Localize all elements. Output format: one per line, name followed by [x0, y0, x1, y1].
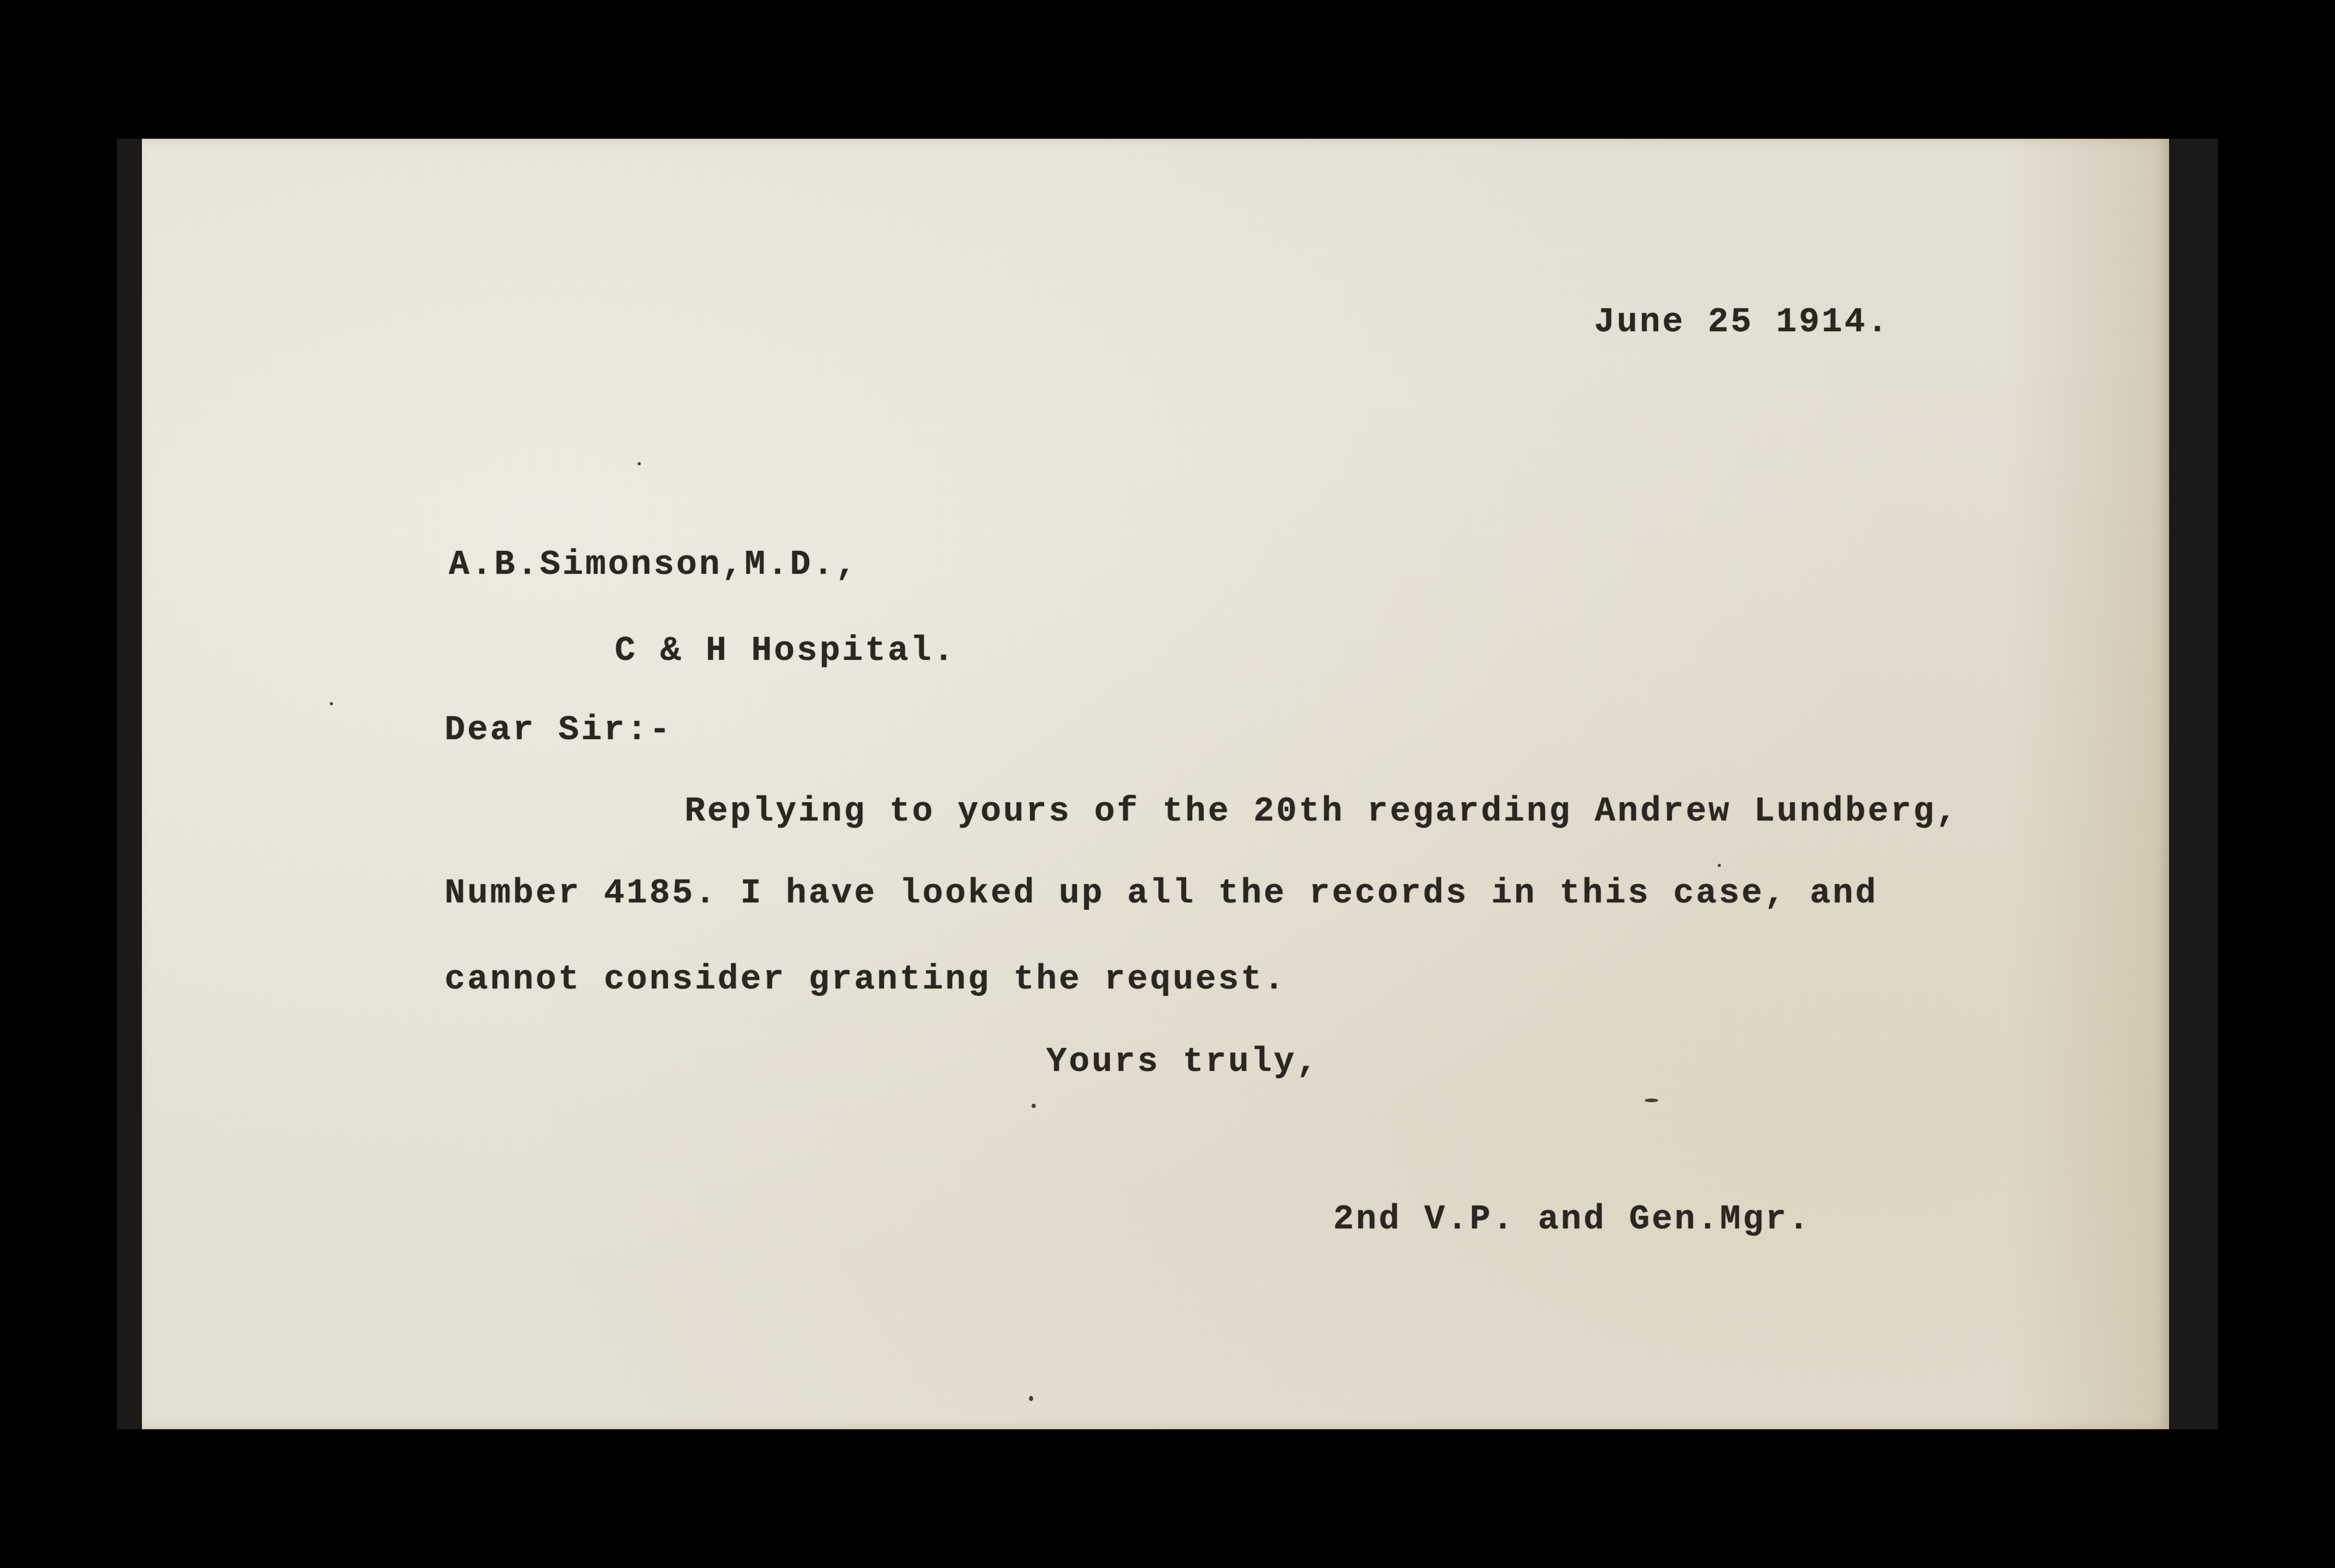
signature-title: 2nd V.P. and Gen.Mgr.: [1333, 1200, 1811, 1239]
paper-speck: [1029, 1396, 1033, 1401]
addressee-name: A.B.Simonson,M.D.,: [449, 545, 858, 584]
body-line-3: cannot consider granting the request.: [445, 960, 1286, 999]
body-line-1: Replying to yours of the 20th regarding …: [685, 792, 1959, 831]
salutation: Dear Sir:-: [445, 710, 672, 750]
letter-date: June 25 1914.: [1594, 303, 1890, 342]
body-line-2: Number 4185. I have looked up all the re…: [445, 874, 1878, 913]
closing: Yours truly,: [1046, 1042, 1319, 1081]
paper-speck: [330, 702, 333, 705]
addressee-address: C & H Hospital.: [615, 631, 956, 670]
paper-speck: [1645, 1099, 1658, 1102]
paper-speck: [1718, 864, 1721, 867]
paper-speck: [1032, 1104, 1036, 1108]
paper-speck: [638, 462, 641, 465]
